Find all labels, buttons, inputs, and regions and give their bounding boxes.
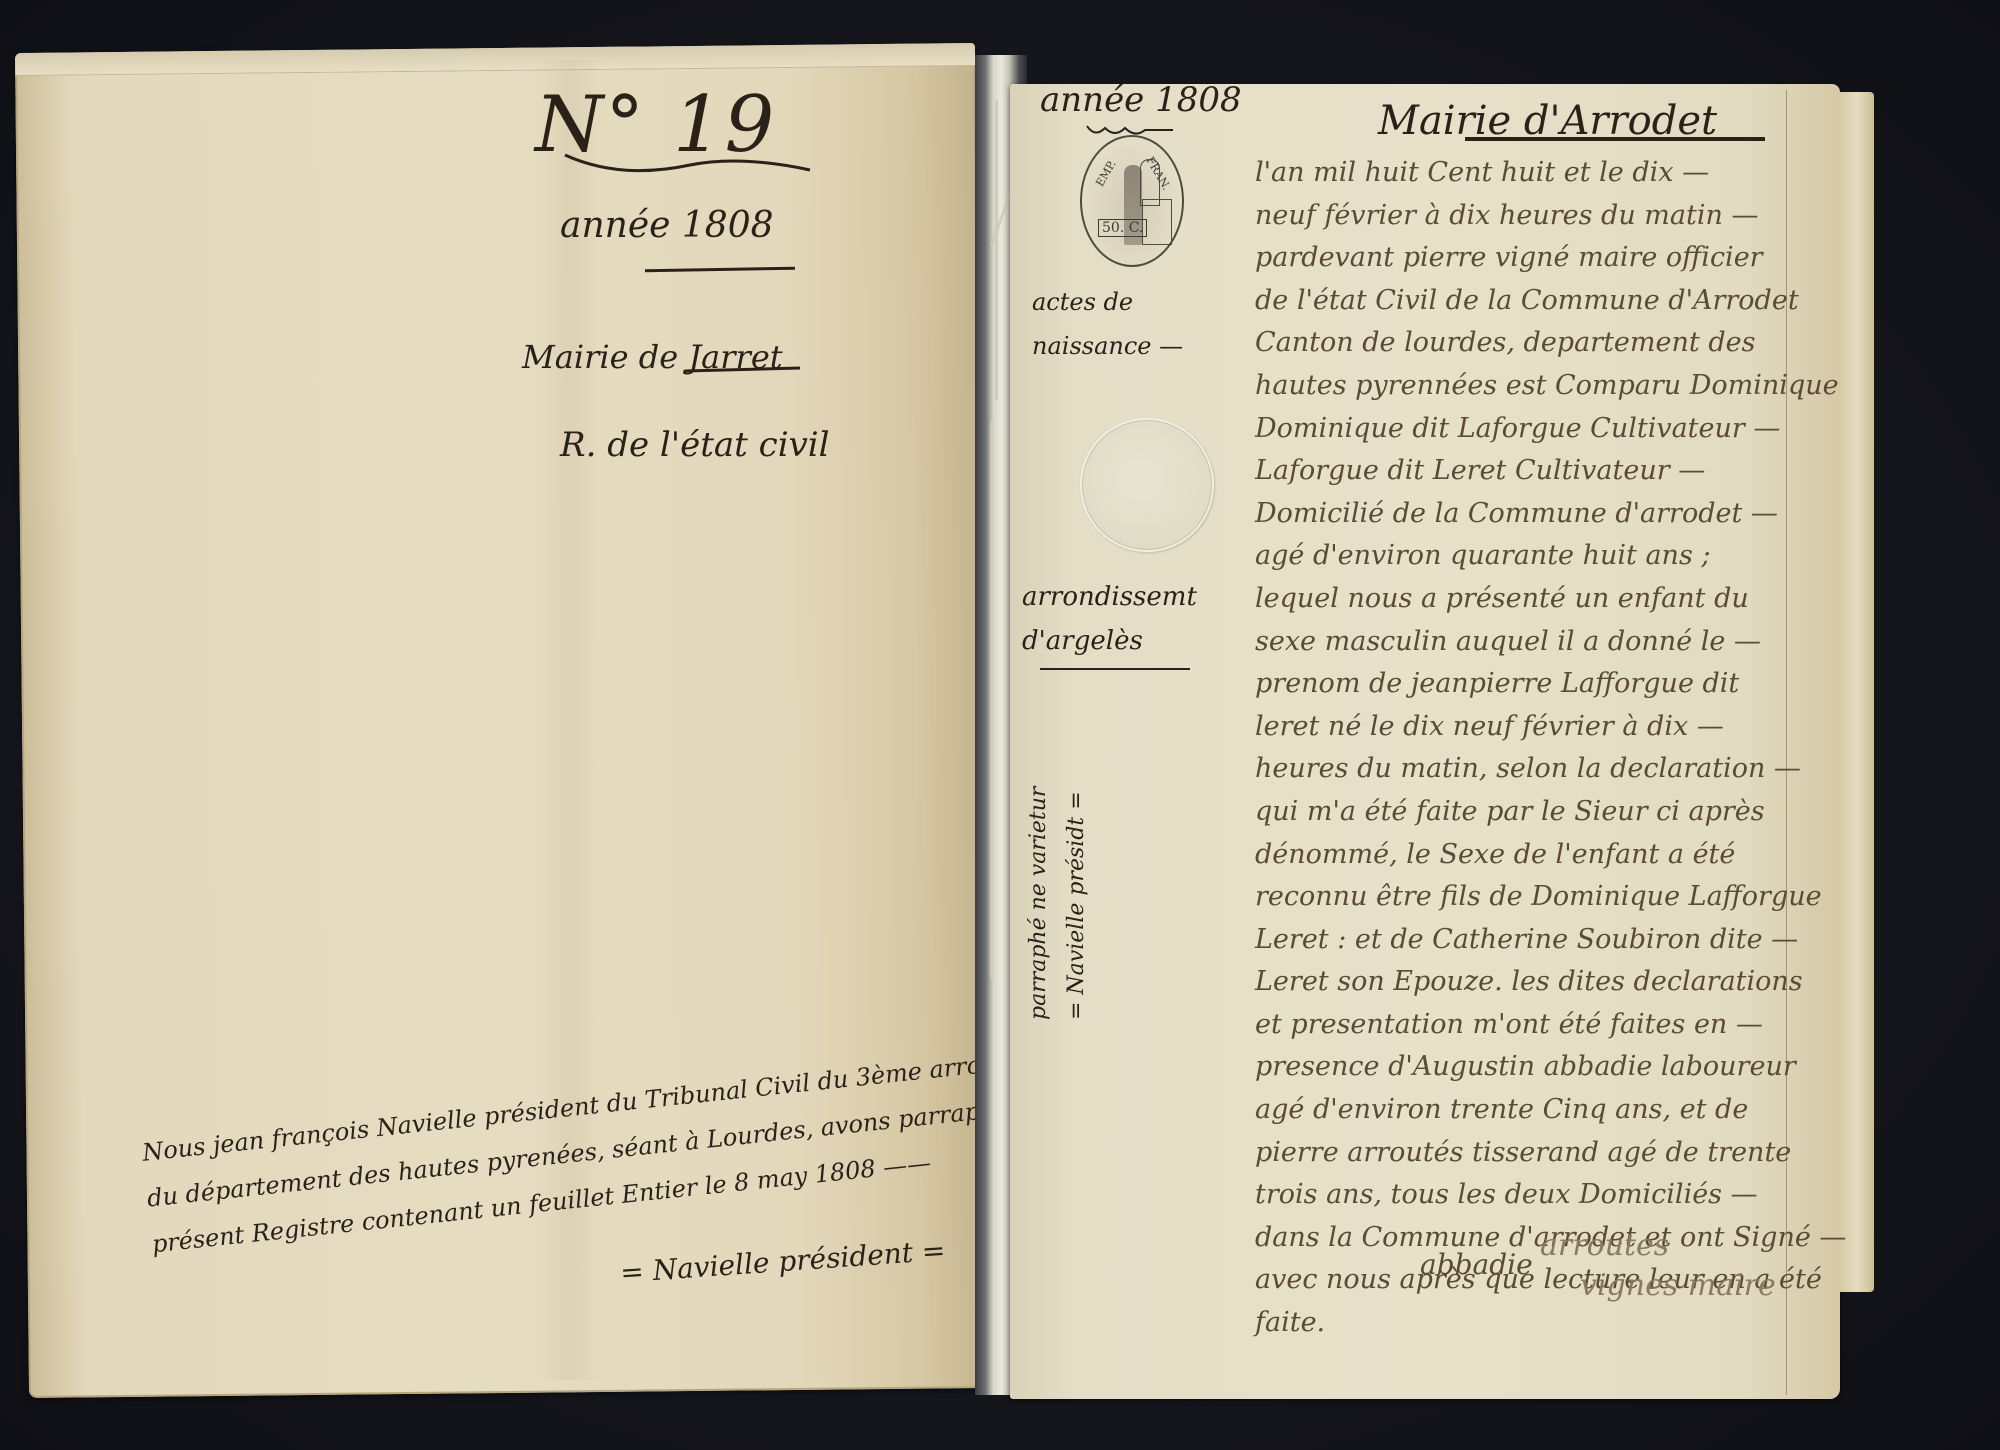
record-line: agé d'environ trente Cinq ans, et de — [1255, 1089, 1815, 1132]
vertical-margin-note: parraphé ne varietur = Navielle présidt … — [1020, 787, 1096, 1020]
record-line: l'an mil huit Cent huit et le dix — — [1255, 152, 1815, 195]
record-line: prenom de jeanpierre Lafforgue dit — [1255, 663, 1815, 706]
record-line: heures du matin, selon la declaration — — [1255, 748, 1815, 791]
record-body: l'an mil huit Cent huit et le dix — neuf… — [1255, 152, 1815, 1345]
record-line: et presentation m'ont été faites en — — [1255, 1004, 1815, 1047]
record-line: dans la Commune d'arrodet et ont Signé — — [1255, 1217, 1815, 1260]
mayor-signature: vignes maire — [1580, 1268, 1776, 1303]
margin-line: d'argelès — [1022, 619, 1197, 663]
record-line: qui m'a été faite par le Sieur ci après — [1255, 791, 1815, 834]
record-line: faite. — [1255, 1302, 1815, 1345]
record-line: hautes pyrennées est Comparu Dominique — [1255, 365, 1815, 408]
record-line: lequel nous a présenté un enfant du — [1255, 578, 1815, 621]
record-line: presence d'Augustin abbadie laboureur — [1255, 1046, 1815, 1089]
witness-signature: arroutes — [1540, 1228, 1669, 1263]
record-line: trois ans, tous les deux Domiciliés — — [1255, 1174, 1815, 1217]
record-line: Dominique dit Laforgue Cultivateur — — [1255, 408, 1815, 451]
margin-line: = Navielle présidt = — [1058, 787, 1096, 1020]
record-line: sexe masculin auquel il a donné le — — [1255, 621, 1815, 664]
margin-line: parraphé ne varietur — [1020, 787, 1058, 1020]
record-line: neuf février à dix heures du matin — — [1255, 195, 1815, 238]
record-line: pardevant pierre vigné maire officier — [1255, 237, 1815, 280]
tax-stamp: EMP. FRAN. 50. C. — [1080, 135, 1184, 267]
embossed-seal — [1080, 418, 1214, 552]
record-line: leret né le dix neuf février à dix — — [1255, 706, 1815, 749]
right-year: année 1808 — [1040, 80, 1242, 120]
binding-thread — [995, 100, 998, 400]
flourish-decoration — [560, 150, 820, 180]
binding-thread — [990, 420, 993, 980]
stamp-text: EMP. — [1093, 158, 1118, 189]
margin-line: naissance — — [1032, 324, 1183, 368]
register-label: R. de l'état civil — [560, 425, 830, 465]
record-line: agé d'environ quarante huit ans ; — [1255, 535, 1815, 578]
margin-acte-label: actes de naissance — — [1032, 280, 1183, 368]
record-line: Leret son Epouze. les dites declarations — [1255, 961, 1815, 1004]
margin-arrondissement: arrondissemt d'argelès — [1022, 575, 1197, 663]
record-line: de l'état Civil de la Commune d'Arrodet — [1255, 280, 1815, 323]
record-line: Canton de lourdes, departement des — [1255, 322, 1815, 365]
left-year: année 1808 — [560, 205, 774, 246]
record-line: reconnu être fils de Dominique Lafforgue — [1255, 876, 1815, 919]
stamp-value: 50. C. — [1098, 219, 1147, 237]
record-line: dénommé, le Sexe de l'enfant a été — [1255, 834, 1815, 877]
margin-line: actes de — [1032, 280, 1183, 324]
record-line: Domicilié de la Commune d'arrodet — — [1255, 493, 1815, 536]
margin-line: arrondissemt — [1022, 575, 1197, 619]
witness-signature: abbadie — [1420, 1248, 1533, 1281]
divider — [1040, 668, 1190, 670]
record-line: pierre arroutés tisserand agé de trente — [1255, 1132, 1815, 1175]
divider — [1465, 137, 1765, 141]
record-line: Laforgue dit Leret Cultivateur — — [1255, 450, 1815, 493]
record-line: Leret : et de Catherine Soubiron dite — — [1255, 919, 1815, 962]
